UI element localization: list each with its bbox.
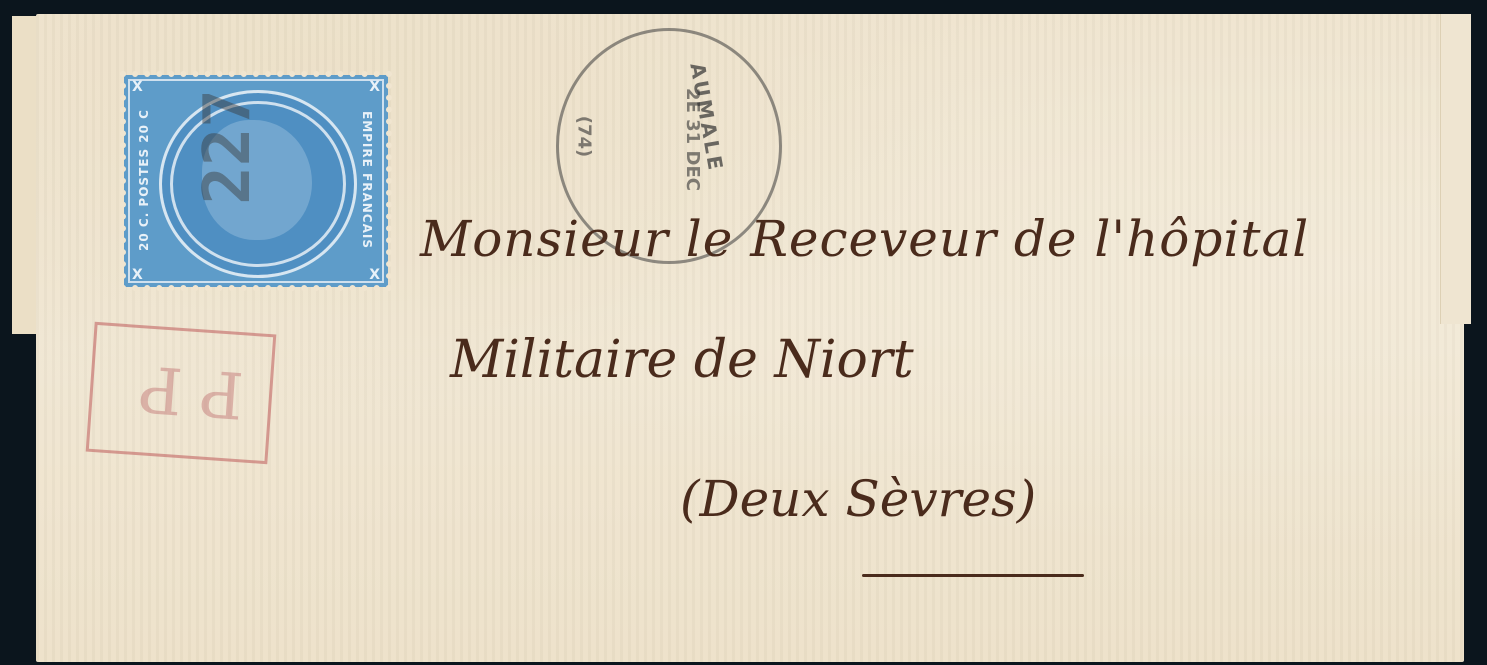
- numeral-obliterator: 227: [191, 89, 265, 205]
- stamp-country-text: EMPIRE FRANCAIS: [360, 100, 374, 260]
- address-underline: [862, 574, 1084, 577]
- stamp-corner-mark: X: [369, 79, 380, 95]
- stamp-corner-mark: X: [132, 267, 143, 283]
- right-fold-flap: [1440, 14, 1471, 324]
- postmark-department: (74): [573, 116, 594, 158]
- address-line-2: Militaire de Niort: [450, 330, 914, 390]
- postmark-date: 2E 31 DEC: [682, 88, 703, 191]
- boxed-pp-mark: PP: [86, 322, 277, 464]
- address-line-3: (Deux Sèvres): [680, 470, 1036, 528]
- address-line-1: Monsieur le Receveur de l'hôpital: [420, 210, 1309, 268]
- postmark-month: DEC: [682, 151, 703, 191]
- stamp-corner-mark: X: [369, 267, 380, 283]
- postmark-day: 31: [682, 119, 703, 144]
- stamp-corner-mark: X: [132, 79, 143, 95]
- pp-mark-text: PP: [119, 349, 246, 431]
- postmark-date-prefix: 2E: [682, 88, 703, 113]
- stamp-value-text: 20 C. POSTES 20 C: [137, 100, 151, 260]
